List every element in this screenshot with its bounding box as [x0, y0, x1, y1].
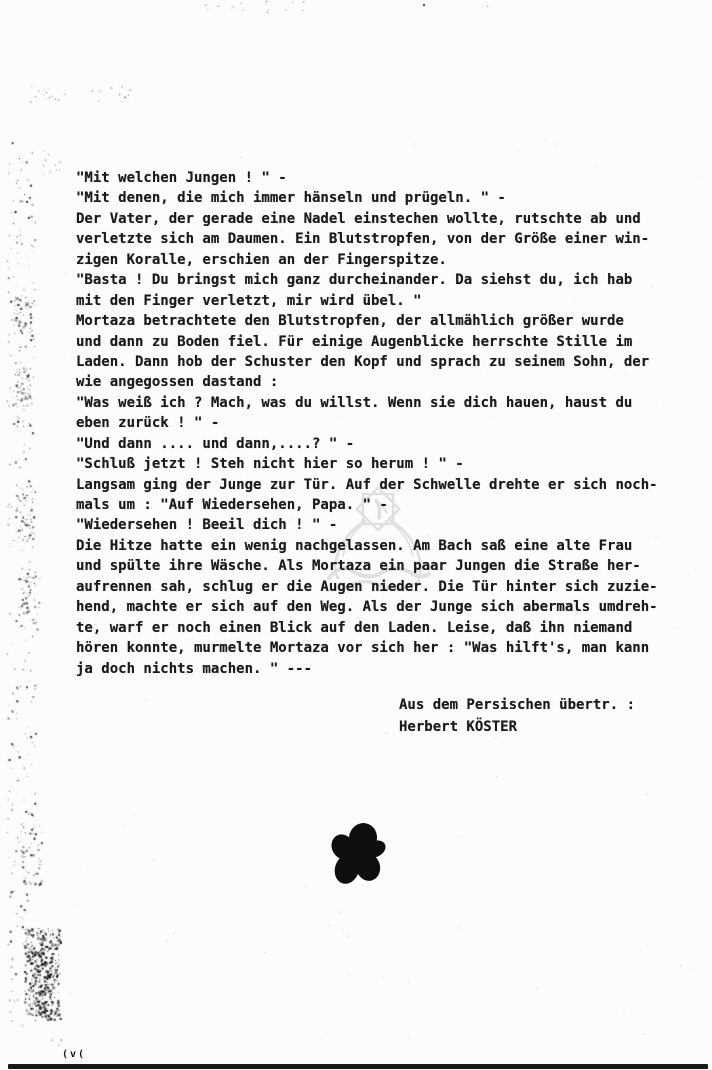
text-line: "Was weiß ich ? Mach, was du willst. Wen… [76, 393, 676, 413]
text-line: "Und dann .... und dann,....? " - [76, 434, 676, 454]
scan-edge-bar [8, 1064, 708, 1069]
text-line: Laden. Dann hob der Schuster den Kopf un… [76, 352, 676, 372]
text-line: verletzte sich am Daumen. Ein Blutstropf… [76, 229, 676, 249]
text-line: Der Vater, der gerade eine Nadel einstec… [76, 209, 676, 229]
translator-credit: Aus dem Persischen übertr. :Herbert KÖST… [399, 694, 635, 738]
text-line: "Schluß jetzt ! Steh nicht hier so herum… [76, 454, 676, 474]
text-line: "Basta ! Du bringst mich ganz durcheinan… [76, 270, 676, 290]
text-line: hören konnte, murmelte Mortaza vor sich … [76, 638, 676, 658]
text-line: eben zurück ! " - [76, 413, 676, 433]
text-line: mals um : "Auf Wiedersehen, Papa. " - [76, 495, 676, 515]
document-body: "Mit welchen Jungen ! " -"Mit denen, die… [76, 168, 676, 679]
text-line: "Mit welchen Jungen ! " - [76, 168, 676, 188]
scanned-document-page: "Mit welchen Jungen ! " -"Mit denen, die… [0, 0, 712, 1070]
flower-ornament-icon [328, 820, 386, 892]
text-line: Mortaza betrachtete den Blutstropfen, de… [76, 311, 676, 331]
text-line: ja doch nichts machen. " --- [76, 659, 676, 679]
credit-line: Herbert KÖSTER [399, 716, 635, 738]
credit-line: Aus dem Persischen übertr. : [399, 694, 635, 716]
text-line: Langsam ging der Junge zur Tür. Auf der … [76, 475, 676, 495]
page-marker: (v( [62, 1049, 86, 1060]
text-line: wie angegossen dastand : [76, 372, 676, 392]
text-line: aufrennen sah, schlug er die Augen niede… [76, 577, 676, 597]
text-line: "Wiedersehen ! Beeil dich ! " - [76, 515, 676, 535]
text-line: und dann zu Boden fiel. Für einige Augen… [76, 332, 676, 352]
text-line: Die Hitze hatte ein wenig nachgelassen. … [76, 536, 676, 556]
text-line: te, warf er noch einen Blick auf den Lad… [76, 618, 676, 638]
text-line: hend, machte er sich auf den Weg. Als de… [76, 597, 676, 617]
text-line: zigen Koralle, erschien an der Fingerspi… [76, 250, 676, 270]
text-line: und spülte ihre Wäsche. Als Mortaza ein … [76, 556, 676, 576]
text-line: mit den Finger verletzt, mir wird übel. … [76, 291, 676, 311]
text-line: "Mit denen, die mich immer hänseln und p… [76, 188, 676, 208]
